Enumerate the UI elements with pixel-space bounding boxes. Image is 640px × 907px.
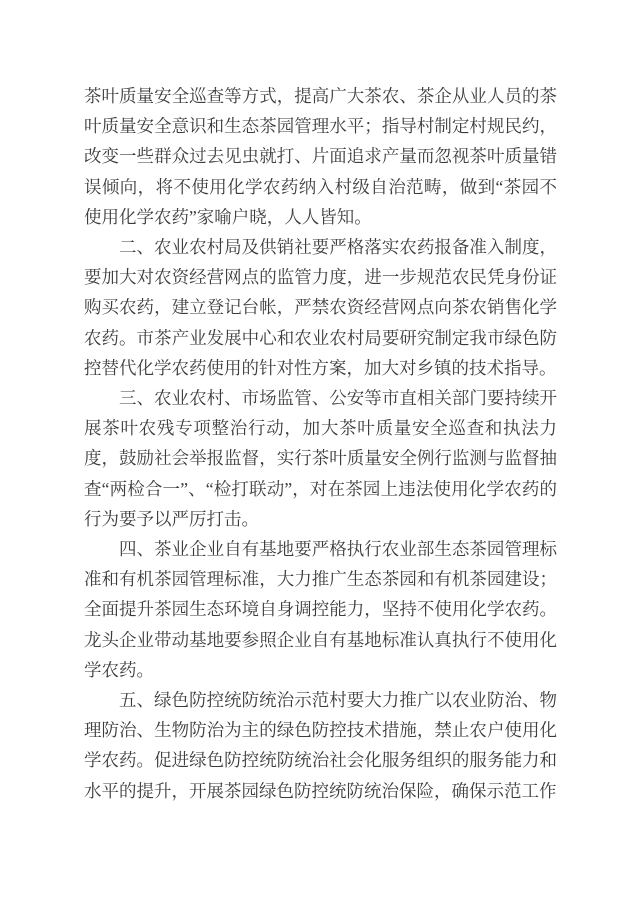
paragraph-item-3: 三、农业农村、市场监管、公安等市直相关部门要持续开展茶叶农残专项整治行动，加大茶…: [84, 383, 557, 534]
paragraph-item-5: 五、绿色防控统防统治示范村要大力推广以农业防治、物理防治、生物防治为主的绿色防控…: [84, 685, 557, 806]
paragraph-item-2: 二、农业农村局及供销社要严格落实农药报备准入制度，要加大对农资经营网点的监管力度…: [84, 232, 557, 383]
page-text-block: 茶叶质量安全巡查等方式，提高广大茶农、茶企从业人员的茶叶质量安全意识和生态茶园管…: [84, 81, 557, 806]
document-page: 茶叶质量安全巡查等方式，提高广大茶农、茶企从业人员的茶叶质量安全意识和生态茶园管…: [0, 0, 640, 907]
paragraph-item-4: 四、茶业企业自有基地要严格执行农业部生态茶园管理标准和有机茶园管理标准，大力推广…: [84, 534, 557, 685]
paragraph-continuation: 茶叶质量安全巡查等方式，提高广大茶农、茶企从业人员的茶叶质量安全意识和生态茶园管…: [84, 81, 557, 232]
